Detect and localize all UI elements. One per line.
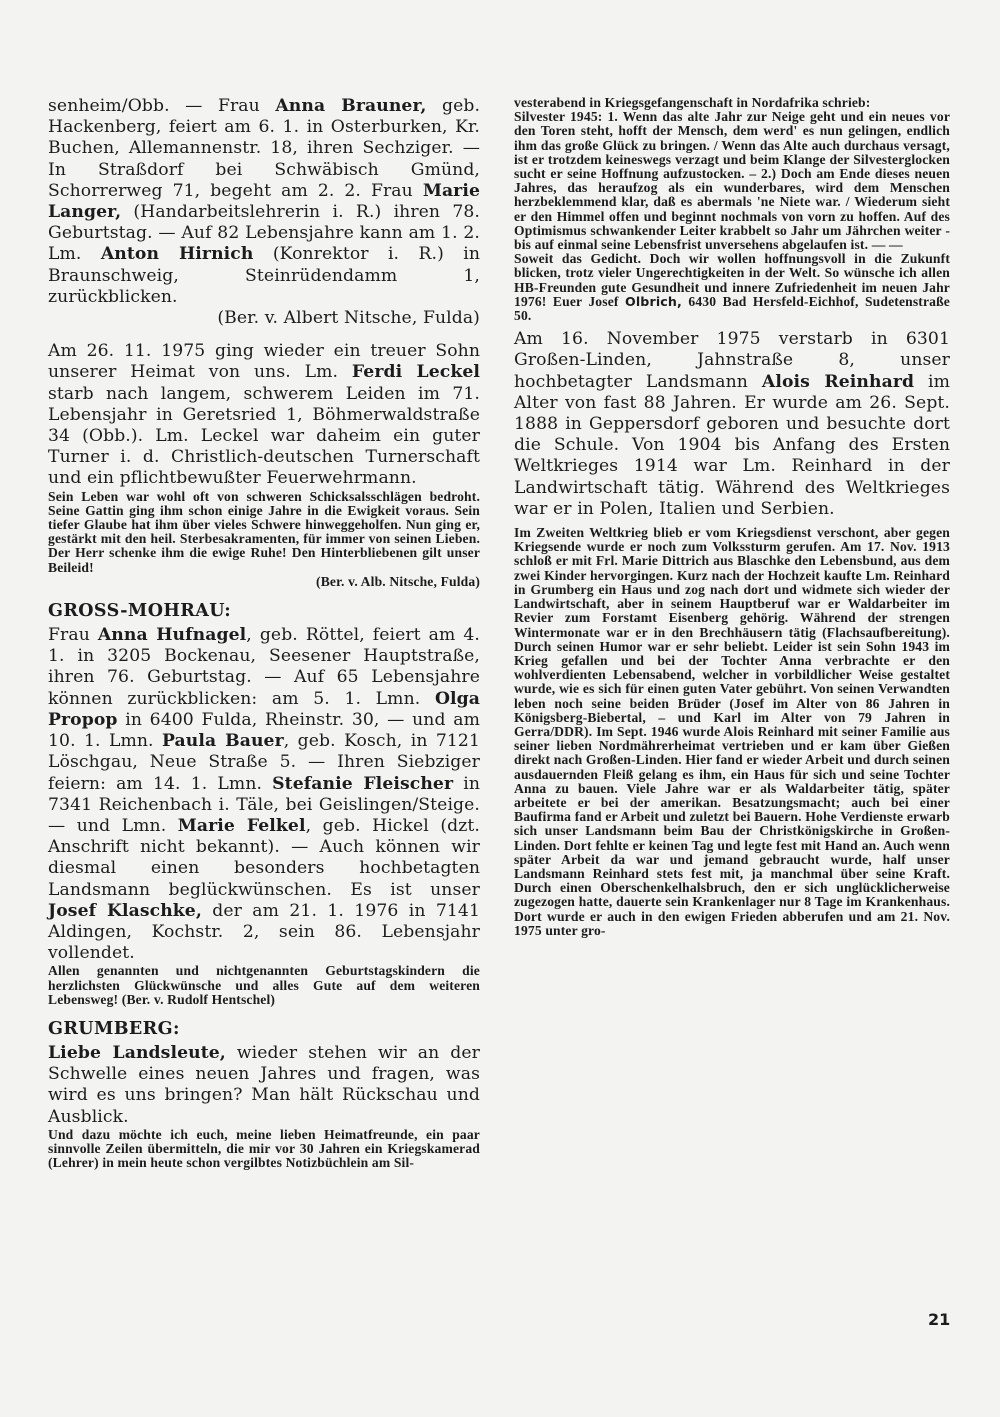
paragraph-obituary-leckel-small: Sein Leben war wohl oft von schweren Sch… xyxy=(48,490,480,589)
person-name: Marie Felkel xyxy=(178,816,306,836)
section-heading-gross-mohrau: GROSS-MOHRAU: xyxy=(48,599,480,623)
text: im Alter von fast 88 Jahren. Er wurde am… xyxy=(514,372,950,519)
person-name: Stefanie Fleischer xyxy=(272,774,453,794)
paragraph-grumberg-letter: Und dazu möchte ich euch, meine lieben H… xyxy=(48,1128,480,1171)
paragraph-silvester-closing: Soweit das Gedicht. Doch wir wollen hoff… xyxy=(514,252,950,323)
person-name: Josef Klaschke, xyxy=(48,901,202,921)
paragraph-obituary-reinhard-small: Im Zweiten Weltkrieg blieb er vom Kriegs… xyxy=(514,526,950,938)
person-name: Anna Hufnagel xyxy=(98,625,246,645)
paragraph-grumberg-intro: Liebe Landsleute, wieder stehen wir an d… xyxy=(48,1043,480,1128)
person-name: Anna Brauner, xyxy=(275,96,426,116)
person-name: Alois Reinhard xyxy=(762,372,914,392)
section-heading-grumberg: GRUMBERG: xyxy=(48,1017,480,1041)
text: starb nach langem, schwerem Leiden im 71… xyxy=(48,384,480,489)
person-name: Olbrich, xyxy=(625,294,682,309)
text: senheim/Obb. — Frau xyxy=(48,96,275,116)
paragraph-birthdays-gross-mohrau: Frau Anna Hufnagel, geb. Röttel, feiert … xyxy=(48,625,480,964)
text: Frau xyxy=(48,625,98,645)
person-name: Ferdi Leckel xyxy=(352,362,480,382)
paragraph-obituary-leckel: Am 26. 11. 1975 ging wieder ein treuer S… xyxy=(48,341,480,489)
report-credit: (Ber. v. Alb. Nitsche, Fulda) xyxy=(48,575,480,589)
person-name: Anton Hirnich xyxy=(101,244,254,264)
right-column: vesterabend in Kriegsgefangenschaft in N… xyxy=(514,96,950,938)
paragraph-birthdays-1: senheim/Obb. — Frau Anna Brauner, geb. H… xyxy=(48,96,480,329)
paragraph-greetings: Allen genannten und nichtgenannten Gebur… xyxy=(48,964,480,1007)
text: Sein Leben war wohl oft von schweren Sch… xyxy=(48,489,480,575)
report-credit: (Ber. v. Albert Nitsche, Fulda) xyxy=(48,308,480,329)
left-column: senheim/Obb. — Frau Anna Brauner, geb. H… xyxy=(48,96,480,1170)
salutation: Liebe Landsleute, xyxy=(48,1043,226,1063)
paragraph-silvester-intro: vesterabend in Kriegsgefangenschaft in N… xyxy=(514,96,950,110)
page-number: 21 xyxy=(928,1310,950,1329)
person-name: Paula Bauer xyxy=(162,731,284,751)
paragraph-obituary-reinhard: Am 16. November 1975 verstarb in 6301 Gr… xyxy=(514,329,950,520)
paragraph-silvester-poem: Silvester 1945: 1. Wenn das alte Jahr zu… xyxy=(514,110,950,252)
